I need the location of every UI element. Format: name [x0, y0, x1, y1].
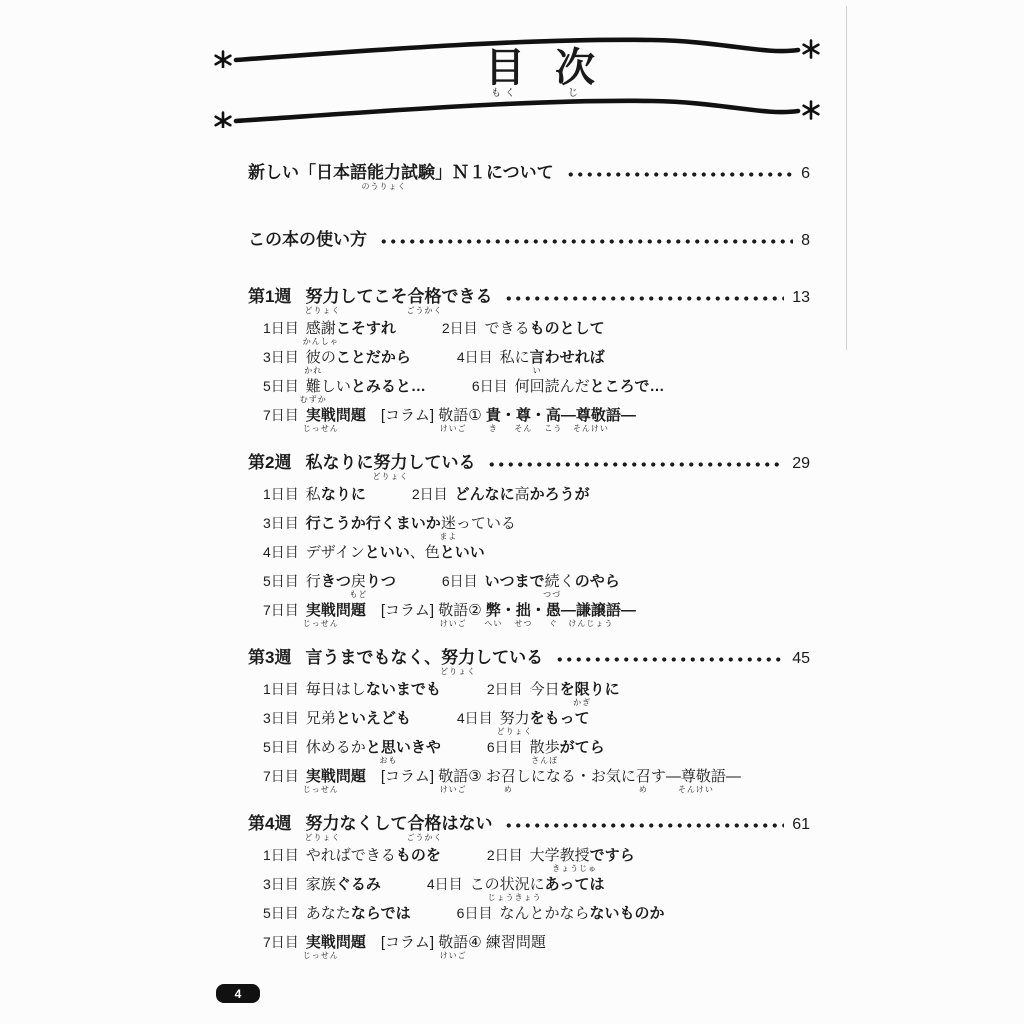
day-row: 1日目私なりに2日目どんなに高かろうが [248, 484, 810, 505]
day-item: 6日目何回読んだところで… [472, 378, 665, 395]
ruby-text: 彼かれ [306, 348, 321, 368]
day-text: 彼かれのことだから [306, 349, 411, 366]
day-label: 7日目 [263, 602, 299, 618]
furigana: けんじょう [568, 620, 613, 628]
day-label: 7日目 [263, 934, 299, 950]
furigana: せつ [514, 620, 532, 628]
text-segment: [コラム] [366, 407, 438, 424]
text-base: といい [440, 544, 485, 561]
ruby-text: 努力どりょく [373, 452, 407, 474]
day-row: 3日目兄弟といえども4日目努力どりょくをもって [248, 708, 810, 729]
text-base: 今日 [530, 681, 560, 698]
text-segment: ③ [468, 768, 486, 785]
day-label: 2日目 [487, 847, 523, 863]
text-segment: 私に [500, 349, 530, 366]
page-number-label: 4 [235, 987, 242, 1001]
day-text: 兄弟といえども [306, 710, 411, 727]
day-text: デザインといい、色といい [306, 544, 485, 561]
text-base: 敬語 [438, 407, 468, 424]
ruby-text: 弊へい [486, 601, 501, 621]
text-segment: してこそ [339, 287, 407, 306]
day-label: 4日目 [263, 544, 299, 560]
day-label: 1日目 [263, 320, 299, 336]
text-base: ぐるみ [336, 876, 381, 893]
page-number: 29 [792, 453, 810, 475]
ruby-text: 状況じょうきょう [500, 875, 530, 895]
day-row: 3日目家族ぐるみ4日目この状況じょうきょうにあっては [248, 874, 810, 895]
text-segment: 大学 [530, 847, 560, 864]
text-base: と [366, 739, 381, 756]
ruby-text: 尊そん [516, 406, 531, 426]
day-item: 1日目感謝かんしゃこそすれ [263, 320, 396, 337]
day-text: 実戦じっせん問題 [コラム] 敬語けいご③ お召めしになる・お気に召めす―尊敬そ… [306, 768, 741, 785]
furigana: どりょく [304, 307, 340, 315]
ruby-text: 実戦じっせん [306, 767, 336, 787]
furigana: けいご [440, 952, 467, 960]
table-of-contents: 新しい「日本語能力のうりょく試験」Ｎ１について6この本の使い方8第1週努力どりょ… [248, 162, 810, 979]
text-segment: ないものか [589, 905, 664, 922]
text-segment: やればできる [306, 847, 396, 864]
page-number: 13 [792, 287, 810, 309]
text-base: 努力 [305, 814, 339, 833]
text-segment: ② [468, 602, 486, 619]
text-base: きつ [321, 573, 351, 590]
day-item: 6日目いつまで続つづくのやら [442, 573, 620, 590]
ruby-text: 言い [530, 348, 545, 368]
ruby-text: 戻もど [351, 572, 366, 592]
ruby-text: 実戦じっせん [306, 601, 336, 621]
furigana: そんけい [573, 425, 609, 433]
text-segment: く [560, 573, 575, 590]
day-text: 私なりに [306, 486, 366, 503]
day-text: あなたならでは [306, 905, 411, 922]
day-label: 5日目 [263, 905, 299, 921]
text-segment: 高 [515, 486, 530, 503]
day-item: 5日目難むずかしいとみると… [263, 378, 426, 395]
day-label: 3日目 [263, 349, 299, 365]
text-base: 実戦 [306, 407, 336, 424]
day-text: 休めるかと思おもいきや [306, 739, 441, 756]
text-base: 召 [501, 768, 516, 785]
day-item: 2日目できるものとして [442, 320, 605, 337]
text-segment: ・ [501, 407, 516, 424]
text-segment: きつ [321, 573, 351, 590]
furigana: ごうかく [406, 834, 442, 842]
text-segment: りに [590, 681, 620, 698]
day-item: 4日目デザインといい、色といい [263, 544, 485, 561]
text-base: 謙譲 [576, 602, 606, 619]
text-base: やればできる [306, 847, 396, 864]
ruby-text: 尊敬そんけい [576, 406, 606, 426]
asterisk-icon [804, 102, 819, 119]
text-base: に [530, 876, 545, 893]
text-base: [コラム] [366, 934, 438, 951]
text-base: 高 [515, 486, 530, 503]
text-segment: いつまで [485, 573, 545, 590]
text-base: できる [485, 320, 530, 337]
day-text: いつまで続つづくのやら [485, 573, 620, 590]
text-base: できる [441, 287, 492, 306]
text-base: 努力 [500, 710, 530, 727]
day-label: 2日目 [487, 681, 523, 697]
day-item: 4日目私に言いわせれば [457, 349, 605, 366]
day-item: 3日目兄弟といえども [263, 710, 411, 727]
entry-title: 努力どりょくなくして合格ごうかくはない [305, 813, 492, 835]
day-row: 5日目休めるかと思おもいきや6日目散歩さんぽがてら [248, 737, 810, 758]
text-segment: といい [440, 544, 485, 561]
text-base: す― [651, 768, 681, 785]
text-base: 感謝 [306, 320, 336, 337]
day-label: 5日目 [263, 378, 299, 394]
dot-leader [555, 656, 784, 663]
ruby-text: 目もく [485, 48, 525, 88]
text-base: ものを [396, 847, 441, 864]
week-label: 第2週 [248, 452, 291, 474]
text-segment: ないまでも [366, 681, 441, 698]
text-base: 私 [306, 486, 321, 503]
day-item: 7日目実戦じっせん問題 [コラム] 敬語けいご④ 練習問題 [263, 934, 546, 951]
text-base: 散歩 [530, 739, 560, 756]
day-item: 5日目あなたならでは [263, 905, 411, 922]
day-item: 3日目家族ぐるみ [263, 876, 381, 893]
day-row: 1日目やればできるものを2日目大学教授きょうじゅですら [248, 845, 810, 866]
text-base: 実戦 [306, 768, 336, 785]
week-section: 第1週努力どりょくしてこそ合格ごうかくできる131日目感謝かんしゃこそすれ2日目… [248, 286, 810, 426]
text-segment: どんなに [455, 486, 515, 503]
day-label: 6日目 [442, 573, 478, 589]
ruby-text: 愚ぐ [546, 601, 561, 621]
furigana: こう [544, 425, 562, 433]
day-row: 7日目実戦じっせん問題 [コラム] 敬語けいご③ お召めしになる・お気に召めす―… [248, 766, 810, 787]
text-segment: している [475, 648, 543, 667]
text-base: どんなに [455, 486, 515, 503]
text-base: この本の使い方 [248, 230, 367, 249]
furigana: め [504, 786, 513, 794]
ruby-text: 迷まよ [441, 514, 456, 534]
text-segment: りつ [366, 573, 396, 590]
ruby-text: 努力どりょく [500, 709, 530, 729]
day-row: 7日目実戦じっせん問題 [コラム] 敬語けいご① 貴き・尊そん・高こう―尊敬そん… [248, 405, 810, 426]
furigana: かんしゃ [303, 338, 339, 346]
text-segment: 問題 [336, 934, 366, 951]
ruby-text: 能力のうりょく [367, 162, 401, 184]
ruby-text: 拙せつ [516, 601, 531, 621]
text-segment: しになる・お気に [516, 768, 636, 785]
text-base: 状況 [500, 876, 530, 893]
text-segment: 試験」Ｎ１について [401, 163, 554, 182]
ruby-text: 貴き [486, 406, 501, 426]
text-segment: なりに [321, 486, 366, 503]
text-segment: ぐるみ [336, 876, 381, 893]
day-item: 3日目彼かれのことだから [263, 349, 411, 366]
text-base: 練習問題 [486, 934, 546, 951]
day-row: 1日目感謝かんしゃこそすれ2日目できるものとして [248, 318, 810, 339]
text-base: ・ [531, 407, 546, 424]
text-segment: できる [485, 320, 530, 337]
day-item: 6日目なんとかならないものか [457, 905, 665, 922]
text-base: 思 [381, 739, 396, 756]
text-segment: こそすれ [336, 320, 396, 337]
text-base: [コラム] [366, 768, 438, 785]
text-base: 問題 [336, 407, 366, 424]
text-base: を [560, 681, 575, 698]
day-item: 4日目この状況じょうきょうにあっては [427, 876, 605, 893]
text-segment: 家族 [306, 876, 336, 893]
text-base: の [321, 349, 336, 366]
day-text: どんなに高かろうが [455, 486, 590, 503]
furigana: もど [349, 591, 367, 599]
ruby-text: 感謝かんしゃ [306, 319, 336, 339]
text-base: 合格 [407, 287, 441, 306]
text-base: 休めるか [306, 739, 366, 756]
text-base: っている [456, 515, 516, 532]
toc-entry-row: 第1週努力どりょくしてこそ合格ごうかくできる13 [248, 286, 810, 309]
text-base: なりに [321, 486, 366, 503]
text-segment: 行こうか行くまいか [306, 515, 441, 532]
day-text: 散歩さんぽがてら [530, 739, 605, 756]
text-segment: 何回読んだ [515, 378, 590, 395]
text-segment: この [470, 876, 500, 893]
ruby-text: 召め [636, 767, 651, 787]
day-label: 2日目 [412, 486, 448, 502]
text-base: 召 [636, 768, 651, 785]
text-base: ④ [468, 934, 486, 951]
text-base: 次 [555, 46, 595, 90]
text-segment: ・ [501, 602, 516, 619]
ornament-line-bottom [212, 94, 824, 128]
text-segment: と [366, 739, 381, 756]
text-base: 家族 [306, 876, 336, 893]
text-base: 愚 [546, 602, 561, 619]
text-segment: デザイン [306, 544, 365, 561]
ruby-text: 合格ごうかく [407, 286, 441, 308]
text-base: 何回読んだ [515, 378, 590, 395]
day-row: 5日目難むずかしいとみると…6日目何回読んだところで… [248, 376, 810, 397]
day-label: 4日目 [457, 710, 493, 726]
entry-title: 努力どりょくしてこそ合格ごうかくできる [305, 286, 492, 308]
text-segment: かろうが [530, 486, 590, 503]
ruby-text: 敬語けいご [438, 406, 468, 426]
furigana: かぎ [573, 699, 591, 707]
day-text: 努力どりょくをもって [500, 710, 590, 727]
page-number: 8 [801, 230, 810, 252]
text-segment: ・ [531, 602, 546, 619]
text-base: 新しい「日本語 [248, 163, 367, 182]
scan-edge-artifact [846, 6, 847, 350]
furigana: じっせん [303, 620, 339, 628]
text-base: 努力 [441, 648, 475, 667]
ruby-text: 散歩さんぽ [530, 738, 560, 758]
text-segment: といえども [336, 710, 411, 727]
text-base: はない [441, 814, 492, 833]
text-base: をもって [530, 710, 590, 727]
text-segment: 語― [606, 407, 636, 424]
text-base: デザイン [306, 544, 365, 561]
text-segment: ことだから [336, 349, 411, 366]
day-row: 3日目彼かれのことだから4日目私に言いわせれば [248, 347, 810, 368]
asterisk-icon [216, 52, 231, 69]
text-segment: [コラム] [366, 934, 438, 951]
day-label: 2日目 [442, 320, 478, 336]
day-item: 7日目実戦じっせん問題 [コラム] 敬語けいご③ お召めしになる・お気に召めす―… [263, 768, 741, 785]
text-segment: といい [365, 544, 410, 561]
day-label: 3日目 [263, 515, 299, 531]
text-segment: 問題 [336, 602, 366, 619]
ruby-text: 難むずか [306, 377, 321, 397]
ruby-text: 合格ごうかく [407, 813, 441, 835]
week-label: 第1週 [248, 286, 291, 308]
text-segment: っている [456, 515, 516, 532]
text-base: ところで… [590, 378, 665, 395]
text-base: している [407, 453, 475, 472]
text-base: 語― [606, 602, 636, 619]
text-base: ③ [468, 768, 486, 785]
text-base: 敬語 [438, 768, 468, 785]
week-label: 第3週 [248, 647, 291, 669]
text-base: 迷 [441, 515, 456, 532]
day-row: 7日目実戦じっせん問題 [コラム] 敬語けいご④ 練習問題 [248, 932, 810, 953]
text-base: ・ [531, 602, 546, 619]
text-base: 彼 [306, 349, 321, 366]
page-number: 45 [792, 648, 810, 670]
text-segment: 私 [306, 486, 321, 503]
page-number: 6 [801, 163, 810, 185]
ruby-text: 教授きょうじゅ [560, 846, 590, 866]
text-segment: あっては [545, 876, 605, 893]
text-segment: 練習問題 [486, 934, 546, 951]
text-segment: ならでは [351, 905, 411, 922]
week-section: 第4週努力どりょくなくして合格ごうかくはない611日目やればできるものを2日目大… [248, 813, 810, 953]
furigana: けいご [440, 620, 467, 628]
text-base: ことだから [336, 349, 411, 366]
furigana: き [489, 425, 498, 433]
text-segment: この本の使い方 [248, 230, 367, 249]
ruby-text: 謙譲けんじょう [576, 601, 606, 621]
day-label: 1日目 [263, 486, 299, 502]
text-base: [コラム] [366, 407, 438, 424]
furigana: けいご [440, 786, 467, 794]
text-base: してこそ [339, 287, 407, 306]
week-section: 第3週言うまでもなく、努力どりょくしている451日目毎日はしないまでも2日目今日… [248, 647, 810, 787]
text-base: 問題 [336, 768, 366, 785]
text-base: いつまで [485, 573, 545, 590]
text-base: 難 [306, 378, 321, 395]
day-text: 毎日はしないまでも [306, 681, 441, 698]
entry-title: 言うまでもなく、努力どりょくしている [305, 647, 543, 669]
text-base: 貴 [486, 407, 501, 424]
entry-title: 新しい「日本語能力のうりょく試験」Ｎ１について [248, 162, 554, 184]
asterisk-icon [216, 113, 231, 129]
text-base: 努力 [373, 453, 407, 472]
text-base: 私に [500, 349, 530, 366]
text-base: 語― [711, 768, 741, 785]
asterisk-icon [804, 41, 819, 58]
day-row: 4日目デザインといい、色といい [248, 542, 810, 563]
day-item: 5日目休めるかと思おもいきや [263, 739, 441, 756]
day-label: 4日目 [427, 876, 463, 892]
day-label: 6日目 [487, 739, 523, 755]
text-base: ですら [590, 847, 635, 864]
text-base: 努力 [305, 287, 339, 306]
ruby-text: 努力どりょく [441, 647, 475, 669]
day-label: 7日目 [263, 768, 299, 784]
text-segment: に [530, 876, 545, 893]
furigana: い [533, 367, 542, 375]
day-item: 1日目毎日はしないまでも [263, 681, 441, 698]
text-segment: ① [468, 407, 486, 424]
text-base: 拙 [516, 602, 531, 619]
day-text: 実戦じっせん問題 [コラム] 敬語けいご④ 練習問題 [306, 934, 546, 951]
text-segment: の [321, 349, 336, 366]
text-base: 能力 [367, 163, 401, 182]
furigana: おも [379, 757, 397, 765]
text-segment: す― [651, 768, 681, 785]
text-base: 色 [425, 544, 440, 561]
text-base: ― [561, 602, 576, 619]
text-segment: ― [561, 407, 576, 424]
toc-entry-row: 第4週努力どりょくなくして合格ごうかくはない61 [248, 813, 810, 836]
text-segment: とみると… [351, 378, 426, 395]
day-text: 家族ぐるみ [306, 876, 381, 893]
text-base: りに [590, 681, 620, 698]
text-segment: 言うまでもなく、 [305, 648, 441, 667]
text-base: 、 [410, 544, 425, 561]
ruby-text: 続つづ [545, 572, 560, 592]
day-text: 今日を限かぎりに [530, 681, 620, 698]
text-base: 敬語 [438, 602, 468, 619]
text-base: 弊 [486, 602, 501, 619]
day-item: 1日目やればできるものを [263, 847, 441, 864]
furigana: ごうかく [406, 307, 442, 315]
furigana: じっせん [303, 952, 339, 960]
text-base: 言 [530, 349, 545, 366]
text-segment: できる [441, 287, 492, 306]
text-base: 毎日はし [306, 681, 366, 698]
text-base: 語― [606, 407, 636, 424]
text-base: 合格 [407, 814, 441, 833]
text-base: 尊敬 [576, 407, 606, 424]
text-base: 問題 [336, 602, 366, 619]
text-segment: している [407, 453, 475, 472]
text-segment: のやら [575, 573, 620, 590]
text-base: 高 [546, 407, 561, 424]
text-segment: ものとして [530, 320, 605, 337]
text-base: [コラム] [366, 602, 438, 619]
text-base: 実戦 [306, 602, 336, 619]
text-base: しい [321, 378, 351, 395]
day-text: 実戦じっせん問題 [コラム] 敬語けいご② 弊へい・拙せつ・愚ぐ―謙譲けんじょう… [306, 602, 636, 619]
day-text: 感謝かんしゃこそすれ [306, 320, 396, 337]
day-item: 7日目実戦じっせん問題 [コラム] 敬語けいご① 貴き・尊そん・高こう―尊敬そん… [263, 407, 636, 424]
text-segment: がてら [560, 739, 605, 756]
text-base: わせれば [545, 349, 605, 366]
furigana: どりょく [304, 834, 340, 842]
day-label: 6日目 [472, 378, 508, 394]
day-item: 2日目どんなに高かろうが [412, 486, 590, 503]
furigana: へい [484, 620, 502, 628]
day-label: 3日目 [263, 710, 299, 726]
text-base: こそすれ [336, 320, 396, 337]
text-base: お [486, 768, 501, 785]
ruby-text: 敬語けいご [438, 767, 468, 787]
text-base: している [475, 648, 543, 667]
day-text: 行こうか行くまいか迷まよっている [306, 515, 516, 532]
day-row: 5日目あなたならでは6日目なんとかならないものか [248, 903, 810, 924]
text-segment: あなた [306, 905, 351, 922]
text-segment: 語― [711, 768, 741, 785]
text-segment: [コラム] [366, 768, 438, 785]
text-segment: 毎日はし [306, 681, 366, 698]
